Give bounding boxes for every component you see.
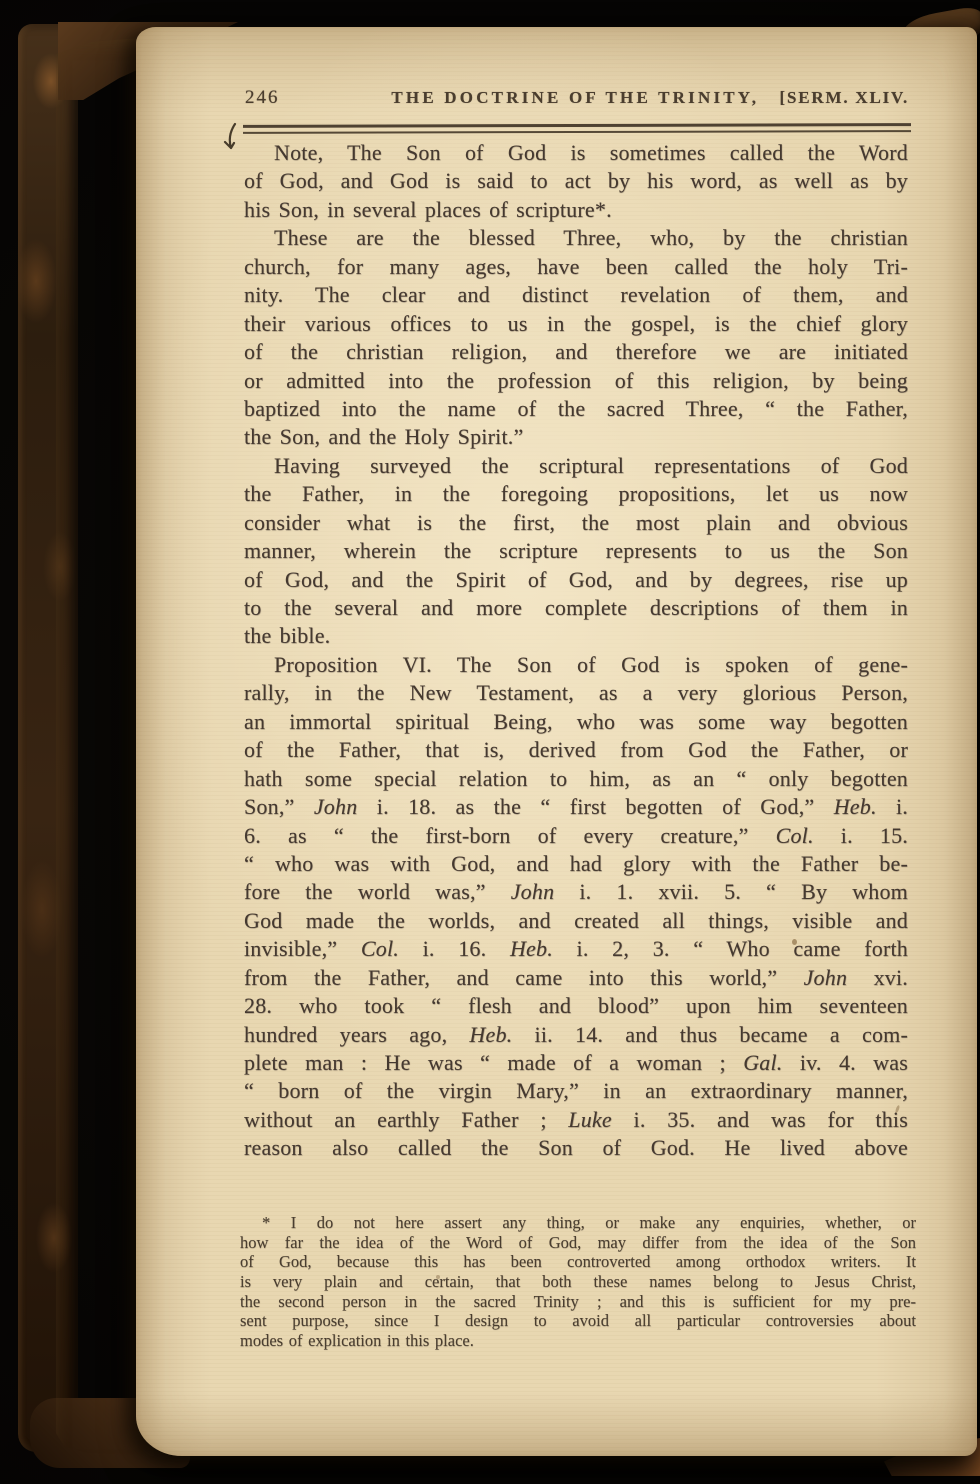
text-line: the Son, and the Holy Spirit.” xyxy=(244,423,908,451)
text-line: nity. The clear and distinct revelation … xyxy=(244,281,908,309)
sermon-reference: [SERM. XLIV. xyxy=(780,88,909,108)
text-line: plete man : He was “ made of a woman ; G… xyxy=(244,1049,908,1077)
page-number: 246 xyxy=(245,87,371,109)
text-line: reason also called the Son of God. He li… xyxy=(244,1134,908,1162)
text-line: invisible,” Col. i. 16. Heb. i. 2, 3. “ … xyxy=(244,935,908,963)
text-line: “ who was with God, and had glory with t… xyxy=(244,850,908,878)
text-line: Proposition VI. The Son of God is spoken… xyxy=(244,651,908,679)
running-header: 246 THE DOCTRINE OF THE TRINITY, [SERM. … xyxy=(245,87,909,109)
text-line: 28. who took “ flesh and blood” upon him… xyxy=(244,992,908,1020)
book-page: 246 THE DOCTRINE OF THE TRINITY, [SERM. … xyxy=(136,27,977,1456)
text-line: is very plain and certain, that both the… xyxy=(240,1272,916,1292)
text-line: consider what is the first, the most pla… xyxy=(244,509,908,537)
paragraph: * I do not here assert any thing, or mak… xyxy=(240,1213,916,1351)
text-line: or admitted into the profession of this … xyxy=(244,367,908,395)
text-line: baptized into the name of the sacred Thr… xyxy=(244,395,908,423)
text-line: rally, in the New Testament, as a very g… xyxy=(244,679,908,707)
text-line: of God, because this has been controvert… xyxy=(240,1252,916,1272)
text-line: modes of explication in this place. xyxy=(240,1331,916,1351)
text-line: church, for many ages, have been called … xyxy=(244,253,908,281)
text-line: 6. as “ the first-born of every creature… xyxy=(244,822,908,850)
body-text: Note, The Son of God is sometimes called… xyxy=(244,139,908,1163)
text-line: the second person in the sacred Trinity … xyxy=(240,1292,916,1312)
paragraph: These are the blessed Three, who, by the… xyxy=(244,224,908,452)
text-line: manner, wherein the scripture represents… xyxy=(244,537,908,565)
text-line: sent purpose, since I design to avoid al… xyxy=(240,1311,916,1331)
text-line: hath some special relation to him, as an… xyxy=(244,765,908,793)
text-line: from the Father, and came into this worl… xyxy=(244,964,908,992)
text-line: of the christian religion, and therefore… xyxy=(244,338,908,366)
text-line: Note, The Son of God is sometimes called… xyxy=(244,139,908,167)
text-line: Son,” John i. 18. as the “ first begotte… xyxy=(244,793,908,821)
text-line: the Father, in the foregoing proposition… xyxy=(244,480,908,508)
text-line: to the several and more complete descrip… xyxy=(244,594,908,622)
paragraph: Proposition VI. The Son of God is spoken… xyxy=(244,651,908,1163)
footnote: * I do not here assert any thing, or mak… xyxy=(240,1213,916,1351)
text-line: an immortal spiritual Being, who was som… xyxy=(244,708,908,736)
text-line: his Son, in several places of scripture*… xyxy=(244,196,908,224)
header-double-rule xyxy=(243,123,911,134)
text-line: of God, and the Spirit of God, and by de… xyxy=(244,566,908,594)
text-line: fore the world was,” John i. 1. xvii. 5.… xyxy=(244,878,908,906)
text-line: These are the blessed Three, who, by the… xyxy=(244,224,908,252)
text-line: * I do not here assert any thing, or mak… xyxy=(240,1213,916,1233)
text-line: without an earthly Father ; Luke i. 35. … xyxy=(244,1106,908,1134)
text-line: the bible. xyxy=(244,622,908,650)
text-line: God made the worlds, and created all thi… xyxy=(244,907,908,935)
running-title: THE DOCTRINE OF THE TRINITY, xyxy=(371,88,780,108)
paragraph: Note, The Son of God is sometimes called… xyxy=(244,139,908,224)
text-line: hundred years ago, Heb. ii. 14. and thus… xyxy=(244,1021,908,1049)
text-line: “ born of the virgin Mary,” in an extrao… xyxy=(244,1077,908,1105)
paragraph: Having surveyed the scriptural represent… xyxy=(244,452,908,651)
text-line: of God, and God is said to act by his wo… xyxy=(244,167,908,195)
text-line: of the Father, that is, derived from God… xyxy=(244,736,908,764)
text-line: Having surveyed the scriptural represent… xyxy=(244,452,908,480)
margin-pen-mark xyxy=(220,121,244,157)
text-line: their various offices to us in the gospe… xyxy=(244,310,908,338)
text-line: how far the idea of the Word of God, may… xyxy=(240,1233,916,1253)
scanned-book-photo: 246 THE DOCTRINE OF THE TRINITY, [SERM. … xyxy=(0,0,980,1484)
